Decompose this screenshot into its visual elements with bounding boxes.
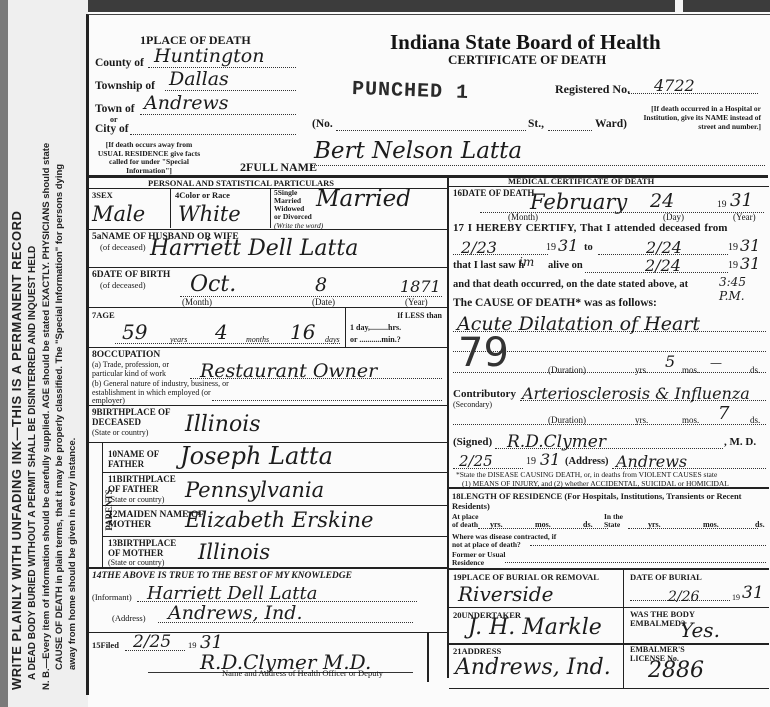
contrib-duration-yrs: yrs. <box>635 415 648 425</box>
street-no-label: (No. <box>312 118 333 130</box>
county-field: Huntington <box>148 45 296 68</box>
less-than-line-1: If LESS than <box>350 310 442 322</box>
footnote-line-2: (1) MEANS OF INJURY, and (2) whether ACC… <box>456 479 729 488</box>
township-field: Dallas <box>165 68 296 91</box>
residence-heading: 18LENGTH OF RESIDENCE (For Hospitals, In… <box>452 491 767 511</box>
last-saw-year-prefix: 19 <box>728 260 738 271</box>
township-label: Township of <box>95 80 155 92</box>
dob-sub: (of deceased) <box>100 280 146 290</box>
hospital-note: [If death occurred in a Hospital or Inst… <box>643 104 761 131</box>
informant-address-value: Andrews, Ind. <box>168 602 302 624</box>
duration-mos: mos. <box>682 365 699 375</box>
county-label: County of <box>95 57 144 69</box>
punched-stamp: PUNCHED 1 <box>352 78 470 105</box>
contributory-field: Arteriosclerosis & Influenza <box>520 384 766 401</box>
dod-year-prefix: 19 <box>717 200 727 210</box>
birthplace-sub: (State or country) <box>92 428 148 437</box>
burial-rule-2 <box>449 643 769 645</box>
sidebar-line-1: WRITE PLAINLY WITH UNFADING INK—THIS IS … <box>8 0 26 700</box>
at-place-ds: ds. <box>583 520 593 529</box>
contrib-duration-ds: ds. <box>750 415 760 425</box>
age-label: 7AGE <box>92 310 115 320</box>
filed-year-prefix: 19 <box>188 640 197 650</box>
street-field <box>336 118 526 131</box>
full-name-value: Bert Nelson Latta <box>314 138 522 164</box>
informant-heading: 14THE ABOVE IS TRUE TO THE BEST OF MY KN… <box>92 571 352 581</box>
signed-field: R.D.Clymer <box>495 432 723 449</box>
duration-mos-value: 5 <box>665 352 675 371</box>
last-saw-year: 31 <box>740 254 760 273</box>
race-value: White <box>178 202 241 226</box>
license-value: 2886 <box>648 658 704 683</box>
occupation-b-label: (b) General nature of industry, business… <box>92 380 232 406</box>
former-residence-field <box>505 558 766 563</box>
dod-year-caption: (Year) <box>733 212 756 222</box>
residence-bottom-rule <box>449 568 769 570</box>
dob-day: 8 <box>315 274 327 296</box>
father-label: 10NAME OF FATHER <box>108 450 188 469</box>
township-value: Dallas <box>169 68 229 90</box>
contributory-value: Arteriosclerosis & Influenza <box>522 384 750 403</box>
burial-date-field: 2/26 <box>630 588 730 601</box>
footnote: *State the DISEASE CAUSING DEATH, or, in… <box>456 470 729 488</box>
medical-address-value: Andrews <box>616 452 687 471</box>
full-name-label: 2FULL NAME <box>240 160 317 175</box>
mother-value: Elizabeth Erskine <box>185 508 373 532</box>
embalmed-value: Yes. <box>680 618 720 642</box>
years-label: years <box>170 335 187 344</box>
dod-month-caption: (Month) <box>508 212 538 222</box>
burial-place-value: Riverside <box>458 582 553 606</box>
duration-yrs: yrs. <box>635 365 648 375</box>
signed-date: 2/25 <box>459 452 493 470</box>
left-margin: WRITE PLAINLY WITH UNFADING INK—THIS IS … <box>0 0 88 707</box>
filed-date: 2/25 <box>133 632 171 652</box>
town-value: Andrews <box>144 92 228 114</box>
attended-from-field: 2/23 <box>453 238 548 255</box>
race-marital-divider <box>270 188 271 228</box>
dod-day: 24 <box>650 190 674 212</box>
to-label: to <box>584 242 593 253</box>
cause-label: The CAUSE OF DEATH* was as follows: <box>453 297 657 309</box>
last-saw-date-field: 2/24 <box>585 256 728 273</box>
death-time-label: and that death occurred, on the date sta… <box>453 279 688 290</box>
informant-field: Harriett Dell Latta <box>137 583 417 602</box>
ward-field <box>548 118 592 131</box>
town-field: Andrews <box>140 92 296 115</box>
duration-label: (Duration) <box>548 365 586 375</box>
medical-heading: MEDICAL CERTIFICATE OF DEATH <box>508 176 654 186</box>
ward-label: Ward) <box>595 118 627 130</box>
days-label: days <box>325 335 340 344</box>
signed-year-prefix: 19 <box>526 456 536 467</box>
burial-rule-1 <box>449 607 769 608</box>
attended-to-year: 31 <box>740 236 760 255</box>
last-saw-pronoun: im <box>519 255 534 269</box>
alive-on-label: alive on <box>548 260 583 271</box>
informant-value: Harriett Dell Latta <box>147 583 317 604</box>
sex-label: 3SEX <box>92 190 113 200</box>
burial-bottom-rule <box>449 688 769 689</box>
marital-label: 5Single Married Widowed or Divorced <box>274 189 312 221</box>
dod-year: 31 <box>730 190 753 211</box>
dod-day-caption: (Day) <box>663 212 684 222</box>
signed-date-field: 2/25 <box>453 452 523 469</box>
undertaker-address-value: Andrews, Ind. <box>455 655 611 680</box>
personal-heading: PERSONAL AND STATISTICAL PARTICULARS <box>148 178 334 188</box>
filed-label: 15Filed <box>92 640 119 650</box>
filed-date-field: 2/25 <box>125 632 185 651</box>
contracted-field <box>530 541 766 546</box>
sidebar-line-2: A DEAD BODY BURIED WITHOUT A PERMIT SHAL… <box>26 0 40 700</box>
residence-note: [If death occurs away from USUAL RESIDEN… <box>94 141 204 175</box>
md-label: , M. D. <box>724 436 756 448</box>
at-place-yrs: yrs. <box>490 520 503 529</box>
burial-year: 31 <box>742 583 764 603</box>
in-state-ds: ds. <box>755 520 765 529</box>
full-name-field: Bert Nelson Latta <box>310 138 765 166</box>
informant-label: (Informant) <box>92 592 132 602</box>
informant-address-field: Andrews, Ind. <box>158 602 413 623</box>
medical-header-rule <box>449 186 769 187</box>
marital-hint: (Write the word) <box>274 221 323 230</box>
less-than-day: If LESS than 1 day,.........hrs. or ....… <box>350 310 442 346</box>
in-state-mos: mos. <box>703 520 719 529</box>
attended-from-year: 31 <box>558 236 578 255</box>
rule-8 <box>102 505 448 506</box>
birthplace-label: 9BIRTHPLACE OF DECEASED <box>92 408 172 427</box>
dob-day-caption: (Date) <box>312 297 335 307</box>
race-label: 4Color or Race <box>175 190 230 200</box>
sex-value: Male <box>92 202 145 226</box>
attended-from-year-prefix: 19 <box>546 242 556 253</box>
informant-address-label: (Address) <box>112 613 146 623</box>
scan-left-edge <box>0 0 8 707</box>
scan-gap <box>675 0 683 12</box>
rule-2 <box>88 267 448 268</box>
contrib-duration-mos: mos. <box>682 415 699 425</box>
burial-place-label: 19PLACE OF BURIAL OR REMOVAL <box>453 572 599 582</box>
sidebar-line-4: CAUSE OF DEATH in plain terms, that it m… <box>53 0 66 700</box>
dob-year-caption: (Year) <box>405 297 428 307</box>
contrib-duration-ds-value: 7 <box>718 403 729 424</box>
rule-9 <box>102 536 448 537</box>
certify-label: 17 I HEREBY CERTIFY, That I attended dec… <box>453 222 727 234</box>
dob-label: 6DATE OF BIRTH <box>92 270 170 280</box>
rule-4 <box>88 347 448 348</box>
occupation-label: 8OCCUPATION <box>92 350 160 360</box>
sidebar-line-3: N. B.—Every item of information should b… <box>40 0 53 700</box>
rule-3 <box>88 307 448 308</box>
occupation-a-field: Restaurant Owner <box>190 360 442 379</box>
spouse-value: Harriett Dell Latta <box>150 236 358 261</box>
burial-date-value: 2/26 <box>668 589 699 605</box>
father-bp-label: 11BIRTHPLACE OF FATHER <box>108 475 188 494</box>
street-label: St., <box>528 118 544 130</box>
less-than-line-2: 1 day,.........hrs. <box>350 322 442 334</box>
rule-1 <box>88 229 448 230</box>
sex-race-divider <box>170 188 171 228</box>
signed-value: R.D.Clymer <box>507 432 606 452</box>
marital-value: Married <box>316 186 411 212</box>
mother-bp-value: Illinois <box>198 540 270 564</box>
attended-from: 2/23 <box>461 238 497 257</box>
attended-to-year-prefix: 19 <box>728 242 738 253</box>
contributory-label: Contributory <box>453 388 516 400</box>
duration-ds: ds. <box>750 365 760 375</box>
page-subtitle: CERTIFICATE OF DEATH <box>448 52 606 68</box>
center-divider <box>447 178 449 678</box>
at-place-mos: mos. <box>535 520 551 529</box>
dod-month: February <box>530 190 627 214</box>
in-state-label: In the State <box>604 513 630 529</box>
months-label: months <box>246 335 269 344</box>
contributory-sub: (Secondary) <box>453 400 492 409</box>
birthplace-value: Illinois <box>185 412 261 437</box>
occupation-b-field <box>212 392 442 401</box>
county-value: Huntington <box>154 45 264 67</box>
registered-number: 4722 <box>654 76 695 95</box>
death-time: 3:45 P.M. <box>719 275 770 303</box>
occupation-a-label: (a) Trade, profession, or particular kin… <box>92 361 192 378</box>
dob-month: Oct. <box>190 272 236 297</box>
city-field <box>130 122 296 135</box>
medical-address-field: Andrews <box>612 452 766 469</box>
city-label: City of <box>95 123 129 135</box>
marital-divorced: or Divorced <box>274 213 312 221</box>
burial-year-prefix: 19 <box>732 593 740 602</box>
scan-top-border <box>0 0 770 12</box>
footnote-line-1: *State the DISEASE CAUSING DEATH, or, in… <box>456 470 729 479</box>
age-months: 4 <box>215 320 228 344</box>
age-days: 16 <box>290 320 315 344</box>
age-years: 59 <box>122 320 147 344</box>
registrar-caption: Name and Address of Health Officer or De… <box>222 668 383 678</box>
dob-year: 1871 <box>400 277 441 296</box>
dob-month-caption: (Month) <box>182 297 212 307</box>
filed-right-border <box>427 632 429 682</box>
mother-bp-sub: (State or country) <box>108 558 164 567</box>
signed-year: 31 <box>540 450 560 469</box>
rule-10 <box>88 567 448 569</box>
last-saw-date: 2/24 <box>645 256 681 275</box>
undertaker-value: J. H. Markle <box>468 615 602 640</box>
spouse-sub: (of deceased) <box>100 242 146 252</box>
registered-field: 4722 <box>628 76 758 94</box>
rule-7 <box>102 472 448 473</box>
registered-label: Registered No. <box>555 82 630 97</box>
mother-bp-label: 13BIRTHPLACE OF MOTHER <box>108 539 188 558</box>
medical-address-label: (Address) <box>565 456 609 467</box>
contrib-duration-label: (Duration) <box>548 415 586 425</box>
duration-ds-value: — <box>710 356 722 370</box>
father-value: Joseph Latta <box>180 442 333 470</box>
less-than-line-3: or ...........min.? <box>350 334 442 346</box>
father-bp-value: Pennsylvania <box>185 478 324 502</box>
sidebar-line-5: away from home should be given in every … <box>66 0 79 700</box>
signed-label: (Signed) <box>453 436 492 448</box>
burial-date-label: DATE OF BURIAL <box>630 572 702 582</box>
attended-to-field: 2/24 <box>598 238 728 255</box>
town-label: Town of <box>95 103 135 115</box>
attended-to: 2/24 <box>646 238 682 257</box>
father-bp-sub: (State or country) <box>108 495 164 504</box>
age-divider <box>345 307 346 347</box>
last-saw-label: that I last saw h <box>453 260 524 271</box>
sidebar-instructions: WRITE PLAINLY WITH UNFADING INK—THIS IS … <box>8 0 88 700</box>
burial-divider <box>623 568 624 688</box>
in-state-yrs: yrs. <box>648 520 661 529</box>
